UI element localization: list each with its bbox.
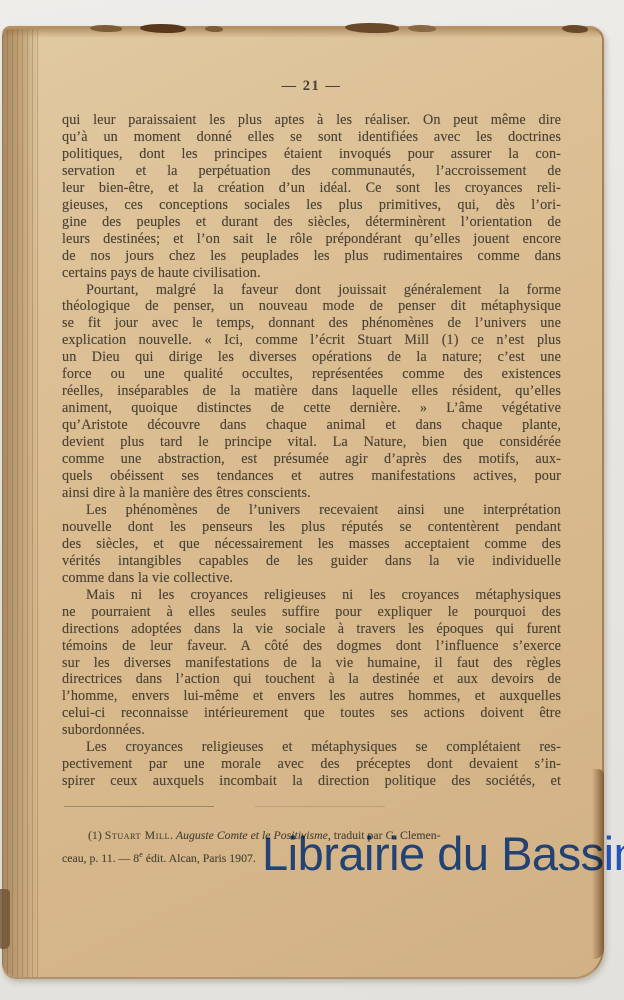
paragraph: Mais ni les croyances religieuses ni les… bbox=[62, 587, 561, 740]
text-line: subordonnées. bbox=[62, 722, 561, 739]
text-line: Pourtant, malgré la faveur dont jouissai… bbox=[62, 282, 561, 299]
torn-paper-bit bbox=[562, 25, 588, 33]
paragraph: qui leur paraissaient les plus aptes à l… bbox=[62, 112, 561, 282]
text-line: explication nouvelle. « Ici, comme l’écr… bbox=[62, 332, 561, 349]
photo-background: { "colors": { "background": "#e7e5e1", "… bbox=[0, 0, 624, 1000]
paragraph: Les croyances religieuses et métaphysiqu… bbox=[62, 739, 561, 790]
text-line: servation et la perpétuation des communa… bbox=[62, 163, 561, 180]
paragraph: Les phénomènes de l’univers recevaient a… bbox=[62, 502, 561, 587]
text-line: Les croyances religieuses et métaphysiqu… bbox=[62, 739, 561, 756]
text-line: pectivement par une morale avec des préc… bbox=[62, 756, 561, 773]
page-number: — 21 — bbox=[62, 78, 561, 95]
text-line: certains pays de haute civilisation. bbox=[62, 265, 561, 282]
footnote-segment: (1) bbox=[88, 828, 105, 842]
text-line: gine des peuples et durant des siècles, … bbox=[62, 214, 561, 231]
text-line: vérités intangibles capables de les guid… bbox=[62, 553, 561, 570]
text-line: comme dans la vie collective. bbox=[62, 570, 561, 587]
text-line: des siècles, et que nécessairement les m… bbox=[62, 536, 561, 553]
text-line: Les phénomènes de l’univers recevaient a… bbox=[62, 502, 561, 519]
paragraph: Pourtant, malgré la faveur dont jouissai… bbox=[62, 282, 561, 502]
binding-shadow bbox=[0, 889, 10, 949]
text-line: quels obéissent ses tendances et autres … bbox=[62, 468, 561, 485]
text-line: témoins de leur faveur. A côté des dogme… bbox=[62, 638, 561, 655]
footnote-rule-faint bbox=[255, 806, 385, 807]
text-line: leurs destinées; et l’on sait le rôle pr… bbox=[62, 231, 561, 248]
footnote-segment: édit. Alcan, Paris 1907. bbox=[143, 851, 256, 865]
text-line: politiques, dont les principes étaient i… bbox=[62, 146, 561, 163]
text-line: force ou une qualité occultes, représent… bbox=[62, 366, 561, 383]
text-line: celui-ci reconnaisse intérieurement que … bbox=[62, 705, 561, 722]
torn-paper-bit bbox=[205, 26, 223, 32]
text-line: gieuses, ces conceptions sociales les pl… bbox=[62, 197, 561, 214]
text-line: ainsi dire à la manière des êtres consci… bbox=[62, 485, 561, 502]
text-line: directions adoptées dans la vie sociale … bbox=[62, 621, 561, 638]
text-line: sur les diverses manifestations de la vi… bbox=[62, 655, 561, 672]
text-line: réelles, inséparables de la matière dans… bbox=[62, 383, 561, 400]
text-line: de nos jours chez les peuplades les plus… bbox=[62, 248, 561, 265]
text-line: qu’à un moment donné elles se sont ident… bbox=[62, 129, 561, 146]
text-line: Mais ni les croyances religieuses ni les… bbox=[62, 587, 561, 604]
body-text: qui leur paraissaient les plus aptes à l… bbox=[62, 112, 561, 790]
text-line: qu’Aristote découvre dans chaque animal … bbox=[62, 417, 561, 434]
text-line: nouvelle dont les penseurs les plus répu… bbox=[62, 519, 561, 536]
text-line: un Dieu qui dirige les diverses opératio… bbox=[62, 349, 561, 366]
text-line: ne pourraient à elles seules suffire pou… bbox=[62, 604, 561, 621]
text-line: animent, quoique distinctes de cette der… bbox=[62, 400, 561, 417]
text-line: devient plus tard le principe vital. La … bbox=[62, 434, 561, 451]
text-line: directrices dans l’action qui touchent à… bbox=[62, 671, 561, 688]
footnote-segment: ceau, p. 11. — 8 bbox=[62, 851, 139, 865]
text-line: l’homme, envers lui-même et envers les a… bbox=[62, 688, 561, 705]
text-line: se fit jour avec le temps, donnant des p… bbox=[62, 315, 561, 332]
text-line: leur bien-être, et la création d’un idéa… bbox=[62, 180, 561, 197]
text-line: spirer ceux auxquels incombait la direct… bbox=[62, 773, 561, 790]
watermark-text: Librairie du Bassin bbox=[262, 826, 624, 881]
footnote-rule bbox=[64, 806, 214, 807]
book-binding-gutter bbox=[2, 29, 40, 977]
text-line: théologique de penser, un nouveau mode d… bbox=[62, 298, 561, 315]
torn-paper-bit bbox=[408, 25, 436, 32]
page-top-edge bbox=[2, 29, 602, 38]
footnote-segment: Stuart Mill bbox=[105, 828, 170, 842]
text-line: qui leur paraissaient les plus aptes à l… bbox=[62, 112, 561, 129]
text-line: comme une abstraction, est présumée agir… bbox=[62, 451, 561, 468]
